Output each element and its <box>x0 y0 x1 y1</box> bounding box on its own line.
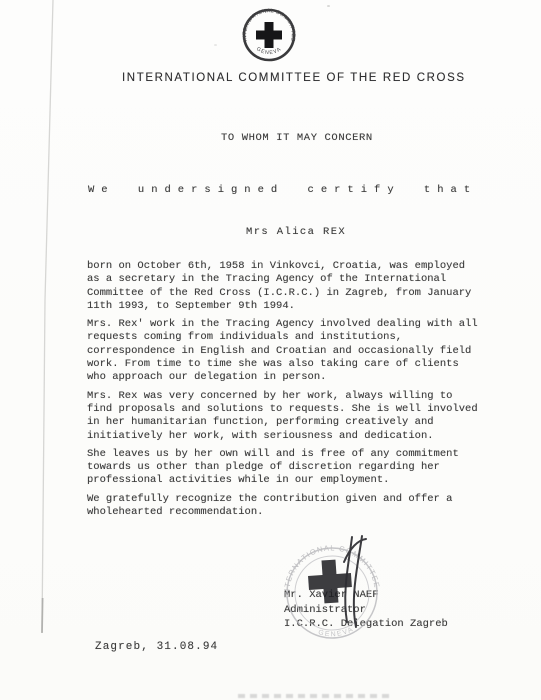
letterhead-title: INTERNATIONAL COMMITTEE OF THE RED CROSS <box>122 72 466 84</box>
body-paragraph-2: Mrs. Rex' work in the Tracing Agency inv… <box>87 318 481 384</box>
signature-block: Mr. Xavier NAEF Administrator I.C.R.C. D… <box>284 588 448 632</box>
dateline: Zagreb, 31.08.94 <box>95 641 218 653</box>
body-paragraph-1: born on October 6th, 1958 in Vinkovci, C… <box>87 260 481 313</box>
letter-body: born on October 6th, 1958 in Vinkovci, C… <box>87 260 481 524</box>
signer-org: I.C.R.C. Delegation Zagreb <box>284 617 448 632</box>
certification-line: We undersigned certify that <box>88 184 477 196</box>
icrc-emblem: INTERNATIONAL COMMITTEE GENEVA <box>237 3 301 67</box>
body-paragraph-3: Mrs. Rex was very concerned by her work,… <box>87 390 481 443</box>
salutation-line: TO WHOM IT MAY CONCERN <box>221 132 373 144</box>
scanned-letter-page: INTERNATIONAL COMMITTEE GENEVA INTERNATI… <box>0 0 541 700</box>
signer-name: Mr. Xavier NAEF <box>284 588 448 603</box>
scan-speck <box>214 44 217 46</box>
body-paragraph-4: She leaves us by her own will and is fre… <box>87 448 481 488</box>
scan-artifact-bottom <box>238 694 390 698</box>
red-cross-icon <box>256 22 282 48</box>
signer-title: Administrator <box>284 603 448 618</box>
scan-speck <box>327 5 330 7</box>
subject-name: Mrs Alica REX <box>246 226 346 238</box>
body-paragraph-5: We gratefully recognize the contribution… <box>87 493 481 520</box>
